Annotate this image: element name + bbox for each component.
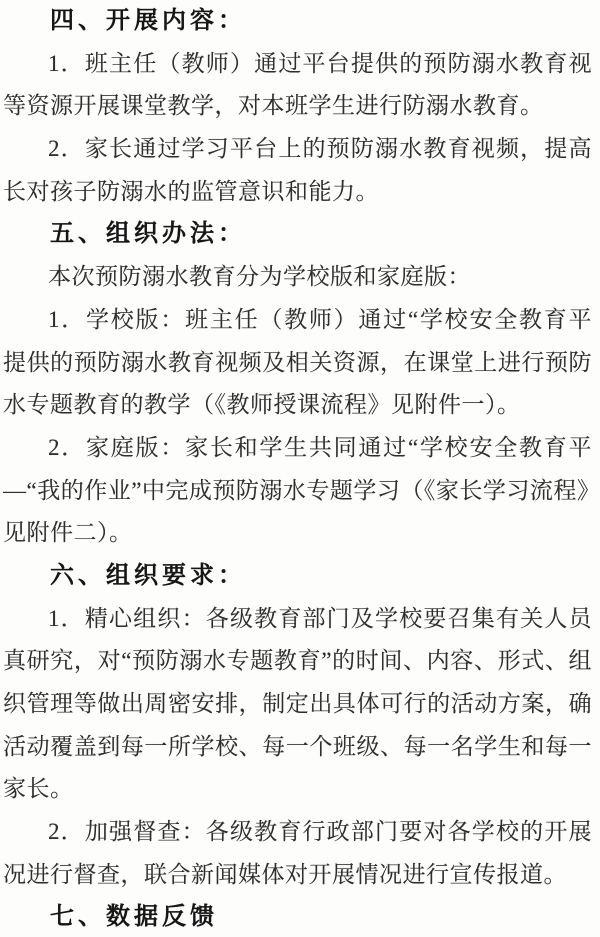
text-line: 六、组织要求： xyxy=(3,555,592,598)
text-line: 2．加强督查：各级教育行政部门要对各学校的开展情 xyxy=(3,811,592,854)
text-line: 况进行督查，联合新闻媒体对开展情况进行宣传报道。 xyxy=(3,854,592,897)
paragraph: 1．班主任（教师）通过平台提供的预防溺水教育视频等资源开展课堂教学，对本班学生进… xyxy=(3,43,592,128)
text-line: 四、开展内容： xyxy=(3,0,592,43)
text-line: 本次预防溺水教育分为学校版和家庭版： xyxy=(3,256,592,299)
text-line: —“我的作业”中完成预防溺水专题学习（《家长学习流程》 xyxy=(3,470,592,513)
text-line: 等资源开展课堂教学，对本班学生进行防溺水教育。 xyxy=(3,85,592,128)
paragraph: 本次预防溺水教育分为学校版和家庭版： xyxy=(3,256,592,299)
text-line: 真研究，对“预防溺水专题教育”的时间、内容、形式、组 xyxy=(3,640,592,683)
paragraph: 1．学校版：班主任（教师）通过“学校安全教育平台”提供的预防溺水教育视频及相关资… xyxy=(3,299,592,427)
text-line: 2．家长通过学习平台上的预防溺水教育视频，提高家 xyxy=(3,128,592,171)
paragraph: 1．精心组织：各级教育部门及学校要召集有关人员认真研究，对“预防溺水专题教育”的… xyxy=(3,598,592,811)
text-line: 活动覆盖到每一所学校、每一个班级、每一名学生和每一位 xyxy=(3,726,592,769)
text-line: 家长。 xyxy=(3,768,592,811)
paragraph: 2．家长通过学习平台上的预防溺水教育视频，提高家长对孩子防溺水的监管意识和能力。 xyxy=(3,128,592,213)
text-line: 2．家庭版：家长和学生共同通过“学校安全教育平台” xyxy=(3,427,592,470)
text-line: 1．班主任（教师）通过平台提供的预防溺水教育视频 xyxy=(3,43,592,86)
text-line: 七、数据反馈 xyxy=(3,896,592,937)
paragraph: 2．家庭版：家长和学生共同通过“学校安全教育平台”—“我的作业”中完成预防溺水专… xyxy=(3,427,592,555)
paragraph: 2．加强督查：各级教育行政部门要对各学校的开展情况进行督查，联合新闻媒体对开展情… xyxy=(3,811,592,896)
text-line: 1．学校版：班主任（教师）通过“学校安全教育平台” xyxy=(3,299,592,342)
section-heading: 七、数据反馈 xyxy=(3,896,592,937)
text-line: 五、组织办法： xyxy=(3,213,592,256)
section-heading: 六、组织要求： xyxy=(3,555,592,598)
text-line: 1．精心组织：各级教育部门及学校要召集有关人员认 xyxy=(3,598,592,641)
text-line: 织管理等做出周密安排，制定出具体可行的活动方案，确保 xyxy=(3,683,592,726)
text-line: 见附件二）。 xyxy=(3,512,592,555)
section-heading: 四、开展内容： xyxy=(3,0,592,43)
section-heading: 五、组织办法： xyxy=(3,213,592,256)
text-line: 水专题教育的教学（《教师授课流程》见附件一）。 xyxy=(3,384,592,427)
text-line: 长对孩子防溺水的监管意识和能力。 xyxy=(3,171,592,214)
text-line: 提供的预防溺水教育视频及相关资源，在课堂上进行预防溺 xyxy=(3,342,592,385)
document-page: 四、开展内容：1．班主任（教师）通过平台提供的预防溺水教育视频等资源开展课堂教学… xyxy=(0,0,600,937)
